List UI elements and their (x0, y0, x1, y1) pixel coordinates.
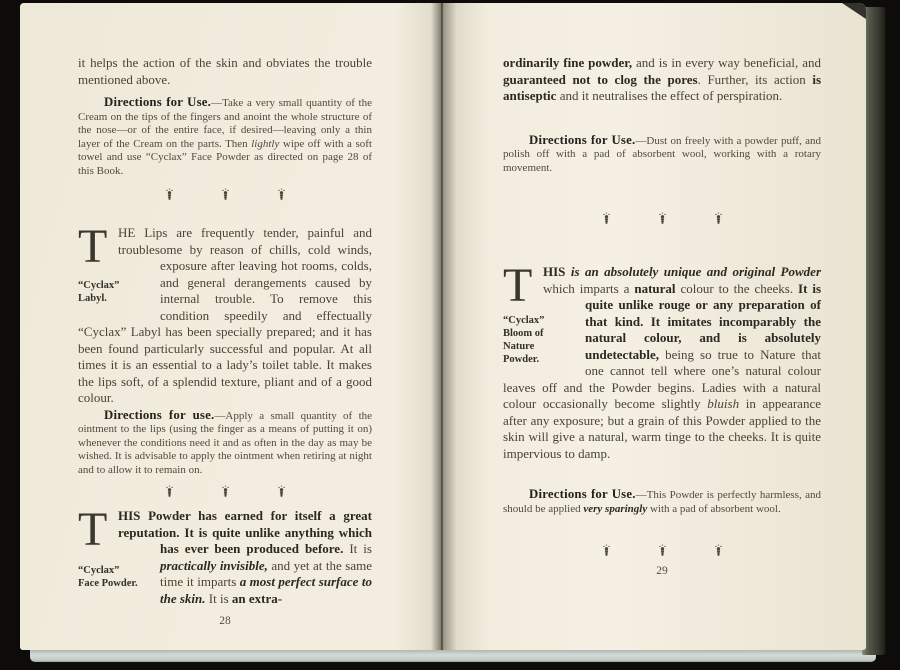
fleuron-icon (277, 485, 286, 498)
paragraph-body: HIS Powder has earned for itself a great… (118, 508, 372, 606)
paragraph-cyclax-labyl: T “Cyclax” Labyl. HE Lips are frequently… (78, 225, 372, 407)
fleuron-icon (165, 188, 174, 201)
page-left: it helps the action of the skin and obvi… (20, 3, 441, 650)
fleuron-icon (221, 485, 230, 498)
ornament-divider (78, 485, 372, 498)
paragraph-cyclax-face-powder: T “Cyclax” Face Powder. HIS Powder has e… (78, 508, 372, 607)
paragraph-continuation-cream: it helps the action of the skin and obvi… (78, 55, 372, 88)
fleuron-icon (714, 212, 723, 225)
fleuron-icon (165, 485, 174, 498)
directions-cream: Directions for Use.—Take a very small qu… (78, 96, 372, 178)
page-number-left: 28 (78, 615, 372, 627)
fleuron-icon (602, 544, 611, 557)
bottom-page-edges (30, 649, 876, 662)
fleuron-icon (221, 188, 230, 201)
page-right: ordinarily fine powder, and is in every … (441, 3, 866, 650)
ornament-divider (503, 544, 821, 557)
page-number-right: 29 (503, 565, 821, 577)
directions-labyl: Directions for use.—Apply a small quanti… (78, 409, 372, 478)
directions-bloom: Directions for Use.—This Powder is perfe… (503, 488, 821, 516)
directions-face-powder: Directions for Use.—Dust on freely with … (503, 134, 821, 176)
book-spread: it helps the action of the skin and obvi… (20, 3, 866, 650)
fleuron-icon (602, 212, 611, 225)
paragraph-continuation-powder: ordinarily fine powder, and is in every … (503, 55, 821, 105)
dropcap-letter: T (78, 227, 111, 273)
fleuron-icon (658, 544, 667, 557)
dropcap-letter: T (503, 266, 536, 312)
fleuron-icon (714, 544, 723, 557)
fleuron-icon (658, 212, 667, 225)
fleuron-icon (277, 188, 286, 201)
dropcap-letter: T (78, 510, 111, 556)
sidenote-cyclax-labyl: “Cyclax” Labyl. (78, 273, 152, 322)
ornament-divider (78, 188, 372, 201)
ornament-divider (503, 212, 821, 225)
page-corner-fold (842, 3, 866, 19)
book-photo-scene: it helps the action of the skin and obvi… (0, 0, 900, 670)
sidenote-bloom-of-nature: “Cyclax” Bloom of Nature Powder. (503, 312, 577, 378)
sidenote-cyclax-face-powder: “Cyclax” Face Powder. (78, 556, 152, 605)
paragraph-bloom-of-nature: T “Cyclax” Bloom of Nature Powder. HIS i… (503, 264, 821, 462)
